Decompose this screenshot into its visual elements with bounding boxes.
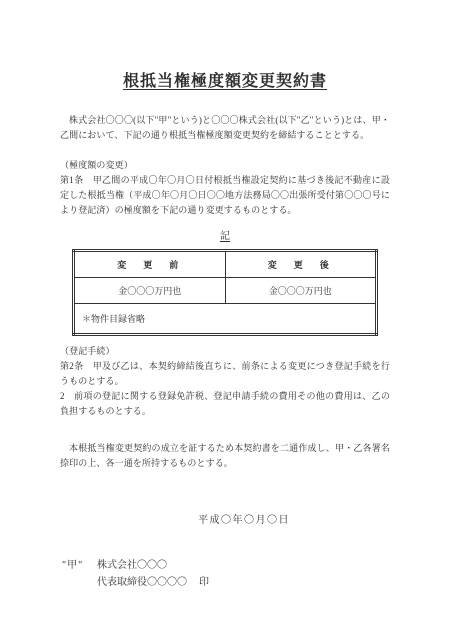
representative-name: 代表取締役〇〇〇〇	[97, 577, 187, 588]
signature-row-company: "甲" 株式会社〇〇〇	[62, 557, 390, 574]
article2-text: 第2条 甲及び乙は、本契約締結後直ちに、前条による変更につき登記手続を行うものと…	[60, 359, 390, 389]
article2-clause2: 2 前項の登記に関する登録免許税、登記申請手続の費用その他の費用は、乙の負担する…	[60, 389, 390, 419]
table-header-after: 変 更 後	[225, 251, 377, 278]
table-note-row: ＊物件目録省略	[74, 304, 377, 335]
party-a-label: "甲"	[62, 557, 97, 574]
ki-label: 記	[220, 231, 230, 242]
signature-row-representative: 代表取締役〇〇〇〇印	[62, 574, 390, 591]
ki-label-wrap: 記	[60, 227, 390, 242]
table-header-before: 変 更 前	[74, 251, 226, 278]
closing-paragraph: 本根抵当権変更契約の成立を証するため本契約書を二通作成し、甲・乙各署名捺印の上、…	[60, 441, 390, 471]
contract-document: 根抵当権極度額変更契約書 株式会社〇〇〇(以下"甲"という)と〇〇〇株式会社(以…	[0, 0, 450, 636]
section1-heading: （極度額の変更）	[60, 158, 390, 173]
section2-heading: （登記手続）	[60, 344, 390, 359]
amount-before: 金〇〇〇万円也	[74, 278, 226, 304]
seal-mark: 印	[199, 577, 209, 588]
contract-date: 平成〇年〇月〇日	[60, 511, 390, 526]
table-header-row: 変 更 前 変 更 後	[74, 251, 377, 278]
table-note: ＊物件目録省略	[74, 304, 377, 335]
intro-paragraph: 株式会社〇〇〇(以下"甲"という)と〇〇〇株式会社(以下"乙"という)とは、甲・…	[60, 113, 390, 143]
party-a-representative: 代表取締役〇〇〇〇印	[97, 574, 209, 591]
amount-after: 金〇〇〇万円也	[225, 278, 377, 304]
party-a-company: 株式会社〇〇〇	[97, 557, 167, 574]
article1-text: 第1条 甲乙間の平成〇年〇月〇日付根抵当権設定契約に基づき後記不動産に設定した根…	[60, 173, 390, 218]
document-title: 根抵当権極度額変更契約書	[60, 68, 390, 91]
signature-block: "甲" 株式会社〇〇〇 代表取締役〇〇〇〇印	[60, 557, 390, 591]
change-amount-table: 変 更 前 変 更 後 金〇〇〇万円也 金〇〇〇万円也 ＊物件目録省略	[72, 249, 378, 336]
table-amount-row: 金〇〇〇万円也 金〇〇〇万円也	[74, 278, 377, 304]
party-a-label-spacer	[62, 574, 97, 591]
